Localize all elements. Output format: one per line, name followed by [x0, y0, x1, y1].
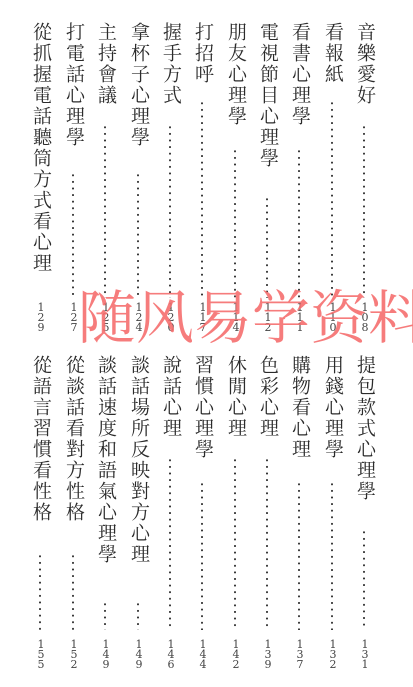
toc-entry-title: 從談話看對方性格: [63, 355, 85, 523]
dot-leader: [169, 457, 171, 630]
toc-entry[interactable]: 談話速度和語氣心理學149: [95, 355, 117, 672]
page-number: 144: [196, 640, 210, 670]
toc-entry-title: 色彩心理: [257, 355, 279, 439]
page-number: 142: [229, 640, 243, 670]
toc-entry[interactable]: 從抓握電話聽筒方式看心理129: [30, 22, 52, 335]
dot-leader: [104, 601, 106, 630]
toc-entry-title: 看書心理學: [289, 22, 311, 127]
dot-leader: [266, 457, 268, 630]
toc-entry-title: 看報紙: [322, 22, 344, 85]
dot-leader: [137, 601, 139, 630]
toc-entry-title: 朋友心理學: [225, 22, 247, 127]
dot-leader: [331, 100, 333, 298]
page-number: 137: [293, 640, 307, 670]
page-number: 131: [358, 640, 372, 670]
dot-leader: [266, 196, 268, 298]
toc-entry-title: 談話場所反映對方心理: [128, 355, 150, 565]
toc-entry-title: 從抓握電話聽筒方式看心理: [30, 22, 52, 274]
toc-entry[interactable]: 購物看心理137: [289, 355, 311, 672]
dot-leader: [72, 172, 74, 298]
toc-entry-title: 拿杯子心理學: [128, 22, 150, 148]
page-number: 149: [99, 640, 113, 670]
page-number: 155: [34, 640, 48, 670]
toc-entry[interactable]: 休閒心理142: [225, 355, 247, 672]
toc-entry-title: 談話速度和語氣心理學: [95, 355, 117, 565]
toc-entry-title: 說話心理: [160, 355, 182, 439]
toc-entry[interactable]: 提包款式心理學131: [354, 355, 376, 672]
dot-leader: [39, 553, 41, 630]
toc-entry-title: 電視節目心理學: [257, 22, 279, 169]
dot-leader: [72, 553, 74, 630]
dot-leader: [201, 481, 203, 630]
toc-entry-title: 購物看心理: [289, 355, 311, 460]
toc-entry-title: 握手方式: [160, 22, 182, 106]
page-number: 132: [326, 640, 340, 670]
toc-entry-title: 提包款式心理學: [354, 355, 376, 502]
toc-entry-title: 習慣心理學: [192, 355, 214, 460]
watermark: 随风易学资料: [78, 285, 413, 351]
dot-leader: [298, 481, 300, 630]
dot-leader: [104, 124, 106, 298]
toc-entry[interactable]: 談話場所反映對方心理149: [128, 355, 150, 672]
page-number: 139: [261, 640, 275, 670]
dot-leader: [363, 529, 365, 630]
toc-entry[interactable]: 習慣心理學144: [192, 355, 214, 672]
page-number: 149: [132, 640, 146, 670]
dot-leader: [234, 148, 236, 298]
toc-entry-title: 休閒心理: [225, 355, 247, 439]
dot-leader: [137, 172, 139, 298]
page-number: 129: [34, 303, 48, 333]
dot-leader: [331, 481, 333, 630]
toc-entry-title: 音樂愛好: [354, 22, 376, 106]
dot-leader: [201, 100, 203, 298]
toc-entry-title: 從語言習慣看性格: [30, 355, 52, 523]
toc-entry-title: 主持會議: [95, 22, 117, 106]
toc-entry[interactable]: 色彩心理139: [257, 355, 279, 672]
page-number: 152: [67, 640, 81, 670]
toc-entry-title: 打招呼: [192, 22, 214, 85]
toc-entry-title: 用錢心理學: [322, 355, 344, 460]
toc-entry[interactable]: 從語言習慣看性格155: [30, 355, 52, 672]
toc-entry[interactable]: 說話心理146: [160, 355, 182, 672]
dot-leader: [169, 124, 171, 298]
toc-entry-title: 打電話心理學: [63, 22, 85, 148]
dot-leader: [363, 124, 365, 298]
toc-entry[interactable]: 用錢心理學132: [322, 355, 344, 672]
page-number: 146: [164, 640, 178, 670]
dot-leader: [298, 148, 300, 298]
toc-entry[interactable]: 從談話看對方性格152: [63, 355, 85, 672]
dot-leader: [234, 457, 236, 630]
